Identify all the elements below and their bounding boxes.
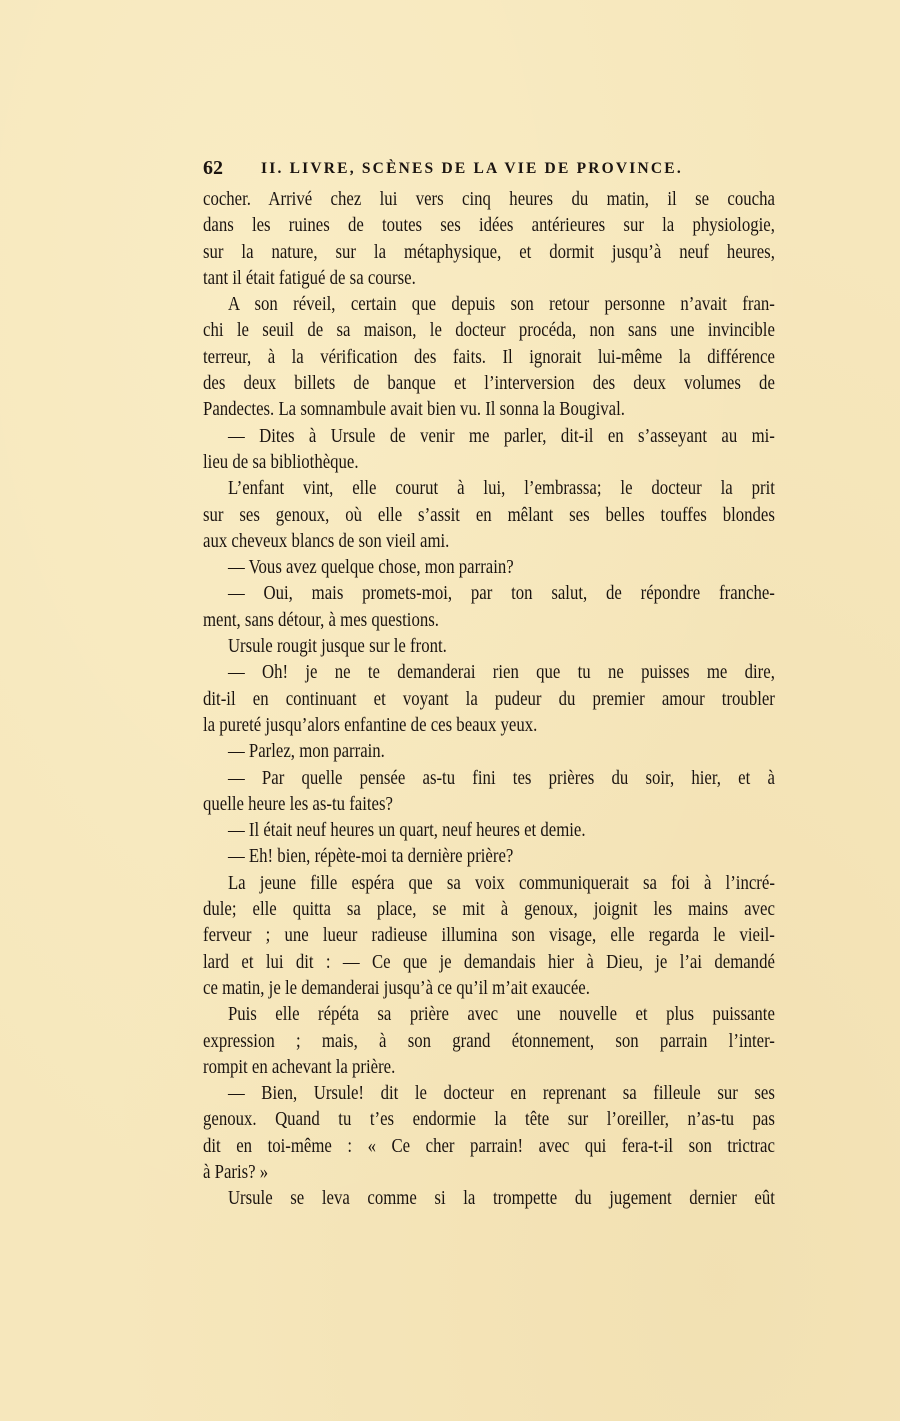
text-line: terreur, à la vérification des faits. Il… (203, 345, 775, 371)
text-line: dans les ruines de toutes ses idées anté… (203, 213, 775, 239)
text-line: — Eh! bien, répète-moi ta dernière prièr… (203, 844, 775, 870)
text-line: — Parlez, mon parrain. (203, 739, 775, 765)
text-line: Puis elle répéta sa prière avec une nouv… (203, 1002, 775, 1028)
text-line: — Il était neuf heures un quart, neuf he… (203, 818, 775, 844)
text-line: rompit en achevant la prière. (203, 1055, 775, 1081)
text-line: A son réveil, certain que depuis son ret… (203, 292, 775, 318)
text-line: dit-il en continuant et voyant la pudeur… (203, 687, 775, 713)
book-page: 62 II. LIVRE, SCÈNES DE LA VIE DE PROVIN… (0, 0, 900, 1421)
text-line: quelle heure les as-tu faites? (203, 792, 775, 818)
text-line: dule; elle quitta sa place, se mit à gen… (203, 897, 775, 923)
text-line: sur la nature, sur la métaphysique, et d… (203, 240, 775, 266)
text-line: ce matin, je le demanderai jusqu’à ce qu… (203, 976, 775, 1002)
text-line: ferveur ; une lueur radieuse illumina so… (203, 923, 775, 949)
text-line: des deux billets de banque et l’interver… (203, 371, 775, 397)
text-line: genoux. Quand tu t’es endormie la tête s… (203, 1107, 775, 1133)
text-line: lieu de sa bibliothèque. (203, 450, 775, 476)
text-line: L’enfant vint, elle courut à lui, l’embr… (203, 476, 775, 502)
text-line: cocher. Arrivé chez lui vers cinq heures… (203, 187, 775, 213)
text-line: dit en toi-même : « Ce cher parrain! ave… (203, 1134, 775, 1160)
text-line: Pandectes. La somnambule avait bien vu. … (203, 397, 775, 423)
text-line: chi le seuil de sa maison, le docteur pr… (203, 318, 775, 344)
page-number: 62 (203, 155, 223, 181)
text-line: expression ; mais, à son grand étonnemen… (203, 1029, 775, 1055)
body-text: cocher. Arrivé chez lui vers cinq heures… (203, 187, 775, 1213)
text-line: — Par quelle pensée as-tu fini tes prièr… (203, 766, 775, 792)
text-line: — Bien, Ursule! dit le docteur en repren… (203, 1081, 775, 1107)
text-line: La jeune fille espéra que sa voix commun… (203, 871, 775, 897)
text-line: aux cheveux blancs de son vieil ami. (203, 529, 775, 555)
page-header: 62 II. LIVRE, SCÈNES DE LA VIE DE PROVIN… (203, 155, 775, 181)
text-line: sur ses genoux, où elle s’assit en mêlan… (203, 503, 775, 529)
text-line: Ursule rougit jusque sur le front. (203, 634, 775, 660)
text-line: — Vous avez quelque chose, mon parrain? (203, 555, 775, 581)
text-line: — Oui, mais promets-moi, par ton salut, … (203, 581, 775, 607)
text-line: — Dites à Ursule de venir me parler, dit… (203, 424, 775, 450)
text-line: ment, sans détour, à mes questions. (203, 608, 775, 634)
text-line: tant il était fatigué de sa course. (203, 266, 775, 292)
running-head: II. LIVRE, SCÈNES DE LA VIE DE PROVINCE. (261, 156, 683, 182)
text-line: — Oh! je ne te demanderai rien que tu ne… (203, 660, 775, 686)
text-line: Ursule se leva comme si la trompette du … (203, 1186, 775, 1212)
text-line: lard et lui dit : — Ce que je demandais … (203, 950, 775, 976)
text-line: à Paris? » (203, 1160, 775, 1186)
text-line: la pureté jusqu’alors enfantine de ces b… (203, 713, 775, 739)
